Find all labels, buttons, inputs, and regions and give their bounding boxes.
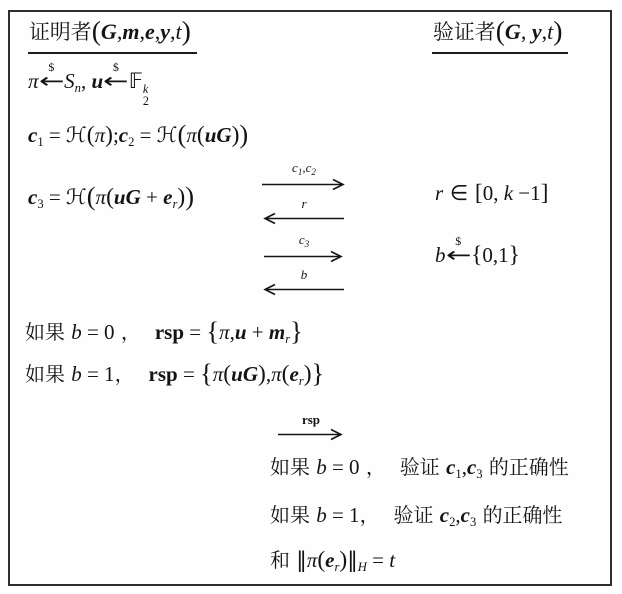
left-arrow-icon <box>263 212 345 225</box>
message-arrow-b: b <box>262 267 346 296</box>
verifier-check-b1-line: 如果 b = 1，验证 c2,c3 的正确性 <box>270 500 562 533</box>
arrow-label-r: r <box>301 196 306 211</box>
message-arrow-r: r <box>262 196 346 225</box>
message-arrow-rsp: rsp <box>276 412 346 441</box>
verifier-challenge-r-formula: r ∈ [0, k −1] <box>435 178 548 208</box>
prover-response-b1-formula: 如果 b = 1，rsp = {π(uG),π(er)} <box>25 358 324 392</box>
prover-commitment-c3-formula: c3 = ℋ(π(uG + er)) <box>28 181 194 215</box>
prover-setup-formula: π$←Sn, u$←𝔽k2 <box>28 62 149 108</box>
verifier-title: 验证者(G, y,t) <box>432 16 568 54</box>
prover-response-b0-formula: 如果 b = 0 ，rsp = {π,u + mr} <box>25 316 303 350</box>
arrow-label-c1-c2: c1,c2 <box>292 160 316 177</box>
right-arrow-icon <box>263 250 345 263</box>
prover-title: 证明者(G,m,e,y,t) <box>28 16 197 54</box>
arrow-label-b: b <box>301 267 308 282</box>
verifier-check-b0-line: 如果 b = 0 ，验证 c1,c3 的正确性 <box>270 452 569 485</box>
left-arrow-icon <box>263 283 345 296</box>
arrow-label-c3: c3 <box>299 232 309 249</box>
arrow-label-rsp: rsp <box>302 412 320 427</box>
prover-commitment-c1-c2-formula: c1 = ℋ(π);c2 = ℋ(π(uG)) <box>28 119 248 153</box>
right-arrow-icon <box>277 428 345 441</box>
message-arrow-c3: c3 <box>262 232 346 263</box>
message-arrow-c1-c2: c1,c2 <box>260 160 348 191</box>
verifier-challenge-b-formula: b$←{0,1} <box>435 236 520 270</box>
right-arrow-icon <box>261 178 347 191</box>
verifier-weight-check-line: 和 ‖π(er)‖H = t <box>270 545 395 578</box>
